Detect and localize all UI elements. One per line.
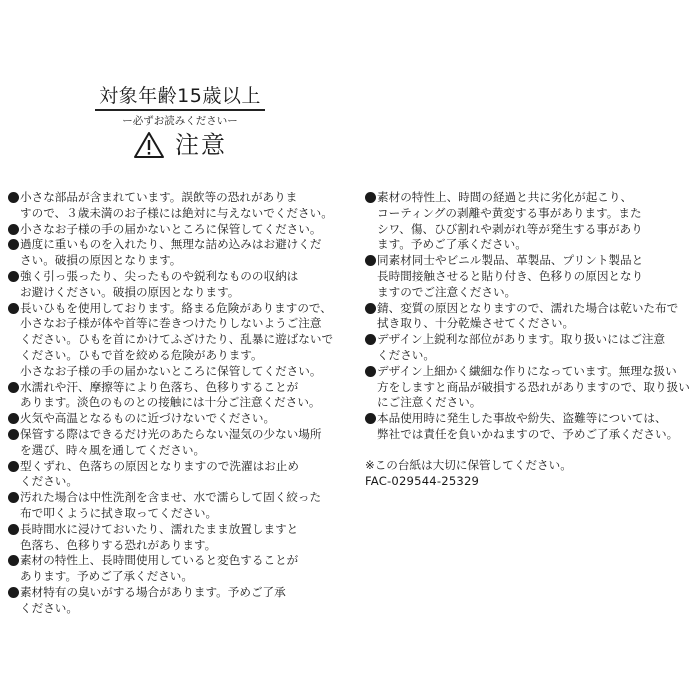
list-item: 素材の特性上、長時間使用していると変色することが あります。予めご了承ください。 bbox=[8, 553, 338, 585]
list-item: 素材の特性上、時間の経過と共に劣化が起こり、 コーティングの剥離や黄変する事があ… bbox=[365, 190, 695, 253]
age-title: 対象年齢15歳以上 bbox=[95, 84, 265, 111]
list-item: 小さな部品が含まれています。誤飲等の恐れがありま すので、３歳未満のお子様には絶… bbox=[8, 190, 338, 222]
product-code: FAC-029544-25329 bbox=[365, 473, 695, 489]
list-item: 長時間水に浸けておいたり、濡れたまま放置しますと 色落ち、色移りする恐れがありま… bbox=[8, 522, 338, 554]
list-item: 過度に重いものを入れたり、無理な詰め込みはお避けくだ さい。破損の原因となります… bbox=[8, 237, 338, 269]
bullet-icon bbox=[365, 413, 376, 424]
list-item: 火気や高温となるものに近づけないでください。 bbox=[8, 411, 338, 427]
list-item: 汚れた場合は中性洗剤を含ませ、水で濡らして固く絞った 布で叩くように拭き取ってく… bbox=[8, 490, 338, 522]
bullet-icon bbox=[8, 587, 19, 598]
left-column: 小さな部品が含まれています。誤飲等の恐れがありま すので、３歳未満のお子様には絶… bbox=[8, 190, 338, 617]
bullet-icon bbox=[8, 192, 19, 203]
list-item: デザイン上鋭利な部位があります。取り扱いにはご注意 ください。 bbox=[365, 332, 695, 364]
bullet-icon bbox=[365, 303, 376, 314]
bullet-icon bbox=[365, 334, 376, 345]
bullet-icon bbox=[8, 224, 19, 235]
warning-triangle-icon bbox=[133, 131, 165, 159]
list-item: 型くずれ、色落ちの原因となりますので洗濯はお止め ください。 bbox=[8, 459, 338, 491]
list-item: 強く引っ張ったり、尖ったものや鋭利なものの収納は お避けください。破損の原因とな… bbox=[8, 269, 338, 301]
list-item: 本品使用時に発生した事故や紛失、盗難等については、 弊社では責任を負いかねますの… bbox=[365, 411, 695, 443]
list-item: 保管する際はできるだけ光のあたらない湿気の少ない場所 を選び、時々風を通してくだ… bbox=[8, 427, 338, 459]
bullet-icon bbox=[8, 303, 19, 314]
bullet-icon bbox=[8, 382, 19, 393]
bullet-icon bbox=[8, 271, 19, 282]
bullet-icon bbox=[8, 555, 19, 566]
list-item: 錆、変質の原因となりますので、濡れた場合は乾いた布で 拭き取り、十分乾燥させてく… bbox=[365, 301, 695, 333]
bullet-icon bbox=[8, 239, 19, 250]
bullet-icon bbox=[8, 492, 19, 503]
keep-card-note: ※この台紙は大切に保管してください。 bbox=[365, 457, 695, 473]
caution-label: 注意 bbox=[175, 130, 227, 160]
list-item: 小さなお子様の手の届かないところに保管してください。 bbox=[8, 222, 338, 238]
bullet-icon bbox=[365, 366, 376, 377]
caution-heading: 注意 bbox=[70, 130, 290, 160]
bullet-icon bbox=[8, 461, 19, 472]
list-item: 同素材同士やビニル製品、革製品、プリント製品と 長時間接触させると貼り付き、色移… bbox=[365, 253, 695, 300]
right-column: 素材の特性上、時間の経過と共に劣化が起こり、 コーティングの剥離や黄変する事があ… bbox=[365, 190, 695, 489]
bullet-icon bbox=[8, 413, 19, 424]
bullet-icon bbox=[365, 255, 376, 266]
bullet-icon bbox=[365, 192, 376, 203]
list-item: 長いひもを使用しております。絡まる危険がありますので、 小さなお子様が体や首等に… bbox=[8, 301, 338, 380]
list-item: 水濡れや汗、摩擦等により色落ち、色移りすることが あります。淡色のものとの接触に… bbox=[8, 380, 338, 412]
read-note: ー必ずお読みくださいー bbox=[70, 114, 290, 128]
header: 対象年齢15歳以上 ー必ずお読みくださいー 注意 bbox=[70, 84, 290, 160]
list-item: 素材特有の臭いがする場合があります。予めご了承 ください。 bbox=[8, 585, 338, 617]
list-item: デザイン上細かく繊細な作りになっています。無理な扱い 方をしますと商品が破損する… bbox=[365, 364, 695, 411]
bullet-icon bbox=[8, 429, 19, 440]
bullet-icon bbox=[8, 524, 19, 535]
